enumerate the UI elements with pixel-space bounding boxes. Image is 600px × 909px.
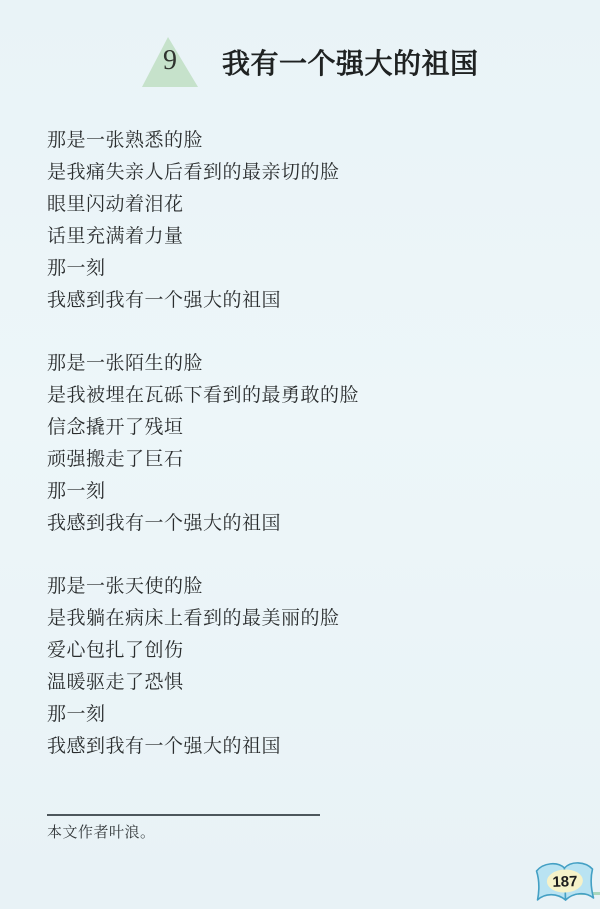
lesson-number: 9 — [153, 44, 187, 78]
open-book-icon: 187 — [534, 859, 596, 909]
poem-line: 是我躺在病床上看到的最美丽的脸 — [47, 603, 527, 635]
footnote-divider — [47, 814, 320, 816]
poem-line: 爱心包扎了创伤 — [47, 635, 527, 667]
textbook-page: 9 我有一个强大的祖国 那是一张熟悉的脸 是我痛失亲人后看到的最亲切的脸 眼里闪… — [0, 0, 600, 909]
poem-line: 信念撬开了残垣 — [47, 412, 527, 444]
poem-line: 温暖驱走了恐惧 — [47, 667, 527, 699]
poem-line: 是我被埋在瓦砾下看到的最勇敢的脸 — [47, 380, 527, 412]
poem-line: 是我痛失亲人后看到的最亲切的脸 — [47, 157, 527, 189]
poem-line: 我感到我有一个强大的祖国 — [47, 731, 527, 763]
poem-line: 我感到我有一个强大的祖国 — [47, 508, 527, 540]
poem: 那是一张熟悉的脸 是我痛失亲人后看到的最亲切的脸 眼里闪动着泪花 话里充满着力量… — [47, 125, 527, 794]
poem-line: 那是一张天使的脸 — [47, 571, 527, 603]
lesson-title: 我有一个强大的祖国 — [222, 42, 479, 82]
poem-line: 眼里闪动着泪花 — [47, 189, 527, 221]
poem-line: 那一刻 — [47, 476, 527, 508]
poem-line: 那是一张熟悉的脸 — [47, 125, 527, 157]
poem-line: 那一刻 — [47, 699, 527, 731]
stanza-3: 那是一张天使的脸 是我躺在病床上看到的最美丽的脸 爱心包扎了创伤 温暖驱走了恐惧… — [47, 571, 527, 763]
lesson-number-badge: 9 — [141, 36, 199, 88]
stanza-1: 那是一张熟悉的脸 是我痛失亲人后看到的最亲切的脸 眼里闪动着泪花 话里充满着力量… — [47, 125, 527, 317]
footnote-text: 本文作者叶浪。 — [47, 821, 156, 845]
page-number: 187 — [552, 873, 578, 891]
poem-line: 那一刻 — [47, 253, 527, 285]
stanza-2: 那是一张陌生的脸 是我被埋在瓦砾下看到的最勇敢的脸 信念撬开了残垣 顽强搬走了巨… — [47, 348, 527, 540]
poem-line: 话里充满着力量 — [47, 221, 527, 253]
poem-line: 顽强搬走了巨石 — [47, 444, 527, 476]
lesson-header: 9 我有一个强大的祖国 — [0, 0, 600, 110]
poem-line: 那是一张陌生的脸 — [47, 348, 527, 380]
poem-line: 我感到我有一个强大的祖国 — [47, 285, 527, 317]
